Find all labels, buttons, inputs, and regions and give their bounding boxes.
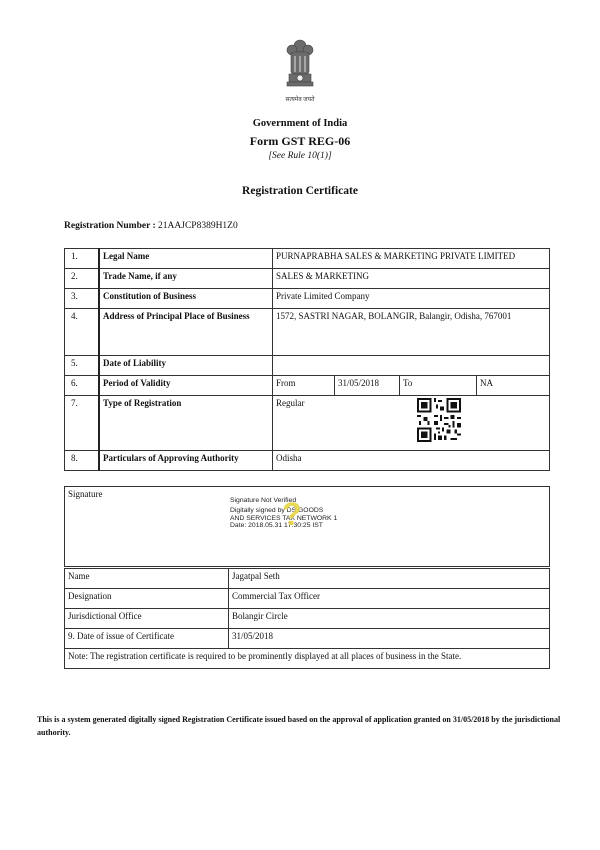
row-number: 5. — [65, 356, 100, 376]
table-row: Note: The registration certificate is re… — [65, 649, 550, 669]
table-row: 2. Trade Name, if any SALES & MARKETING — [65, 269, 550, 289]
validity-from-value: 31/05/2018 — [335, 376, 400, 396]
table-row: 9. Date of issue of Certificate 31/05/20… — [65, 629, 550, 649]
issue-date-label: 9. Date of issue of Certificate — [65, 629, 229, 649]
row-number: 8. — [65, 451, 100, 471]
government-heading: Government of India — [0, 118, 600, 129]
constitution-value: Private Limited Company — [273, 289, 550, 309]
row-label: Particulars of Approving Authority — [99, 451, 273, 471]
row-label: Legal Name — [99, 249, 273, 269]
display-note: Note: The registration certificate is re… — [65, 649, 550, 669]
table-row: Designation Commercial Tax Officer — [65, 589, 550, 609]
address-value: 1572, SASTRI NAGAR, BOLANGIR, Balangir, … — [273, 309, 550, 356]
designation-value: Commercial Tax Officer — [229, 589, 550, 609]
legal-name-value: PURNAPRABHA SALES & MARKETING PRIVATE LI… — [273, 249, 550, 269]
row-label: Type of Registration — [99, 396, 273, 451]
form-title: Form GST REG-06 — [0, 134, 600, 149]
approving-authority-value: Odisha — [273, 451, 550, 471]
registration-type-cell: Regular — [273, 396, 550, 451]
table-row: 6. Period of Validity From 31/05/2018 To… — [65, 376, 550, 396]
registration-number-label: Registration Number : — [64, 221, 156, 231]
row-label: Period of Validity — [99, 376, 273, 396]
issue-date-value: 31/05/2018 — [229, 629, 550, 649]
rule-reference: [See Rule 10(1)] — [0, 151, 600, 161]
table-row: 1. Legal Name PURNAPRABHA SALES & MARKET… — [65, 249, 550, 269]
officer-details-table: Name Jagatpal Seth Designation Commercia… — [64, 568, 550, 669]
row-number: 4. — [65, 309, 100, 356]
registration-number: Registration Number : 21AAJCP8389H1Z0 — [64, 221, 238, 231]
row-label: Date of Liability — [99, 356, 273, 376]
jurisdictional-office-value: Bolangir Circle — [229, 609, 550, 629]
validity-to-value: NA — [477, 376, 550, 396]
question-mark-icon: ? — [282, 498, 302, 530]
officer-name-label: Name — [65, 569, 229, 589]
jurisdictional-office-label: Jurisdictional Office — [65, 609, 229, 629]
row-label: Address of Principal Place of Business — [99, 309, 273, 356]
designation-label: Designation — [65, 589, 229, 609]
qr-code-icon — [417, 398, 461, 442]
date-of-liability-value — [273, 356, 550, 376]
table-row: 8. Particulars of Approving Authority Od… — [65, 451, 550, 471]
registration-type-value: Regular — [276, 398, 305, 408]
national-emblem-icon — [284, 36, 316, 102]
table-row: 5. Date of Liability — [65, 356, 550, 376]
registration-number-value: 21AAJCP8389H1Z0 — [158, 221, 238, 231]
certificate-title: Registration Certificate — [0, 185, 600, 197]
trade-name-value: SALES & MARKETING — [273, 269, 550, 289]
table-row: Jurisdictional Office Bolangir Circle — [65, 609, 550, 629]
validity-from-label: From — [273, 376, 335, 396]
table-row: Name Jagatpal Seth — [65, 569, 550, 589]
row-label: Constitution of Business — [99, 289, 273, 309]
row-number: 3. — [65, 289, 100, 309]
row-number: 6. — [65, 376, 100, 396]
registration-details-table: 1. Legal Name PURNAPRABHA SALES & MARKET… — [64, 248, 550, 471]
emblem-motto: सत्यमेव जयते — [270, 95, 330, 103]
table-row: 4. Address of Principal Place of Busines… — [65, 309, 550, 356]
row-label: Trade Name, if any — [99, 269, 273, 289]
officer-name-value: Jagatpal Seth — [229, 569, 550, 589]
row-number: 2. — [65, 269, 100, 289]
table-row: 7. Type of Registration Regular — [65, 396, 550, 451]
footer-disclaimer: This is a system generated digitally sig… — [37, 714, 565, 740]
validity-to-label: To — [400, 376, 477, 396]
row-number: 1. — [65, 249, 100, 269]
row-number: 7. — [65, 396, 100, 451]
table-row: 3. Constitution of Business Private Limi… — [65, 289, 550, 309]
